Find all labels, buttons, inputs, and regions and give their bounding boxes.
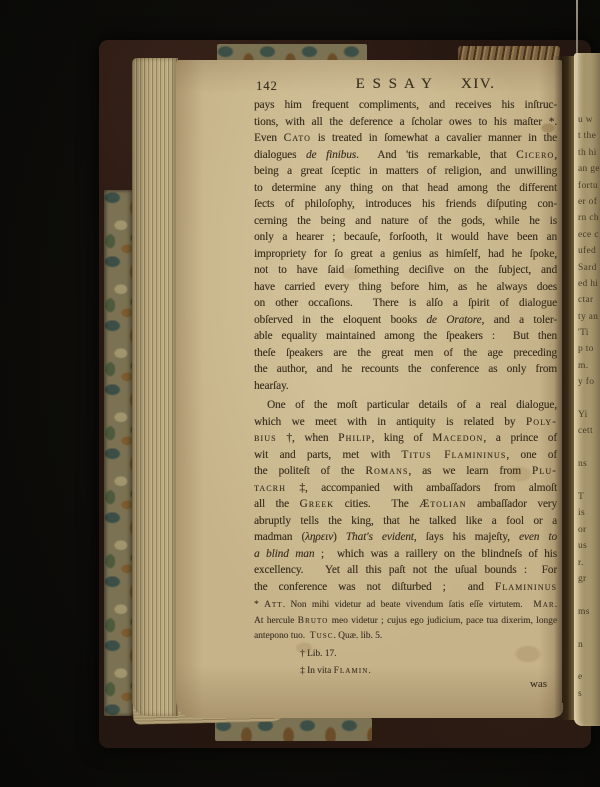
text-line: bius †, when Philip, king of Macedon, a … bbox=[254, 430, 557, 447]
paragraph: pays him frequent compliments, and recei… bbox=[254, 97, 557, 394]
text-fragment: ece c bbox=[574, 227, 600, 243]
text-line: wit and parts, met with Titus Flamininus… bbox=[254, 447, 557, 464]
text-line: Even Cato is treated in ſomewhat a caval… bbox=[254, 130, 557, 147]
text-fragment: e bbox=[574, 669, 600, 685]
text-fragment: ty an bbox=[574, 309, 600, 325]
text-fragment: ufed bbox=[574, 243, 600, 259]
essay-numeral: XIV. bbox=[461, 76, 495, 92]
text-fragment: Yi bbox=[574, 407, 600, 423]
text-line: not to have ſaid ſomething deciſive on t… bbox=[254, 262, 557, 279]
photo-background: 142 E S S A YXIV. pays him frequent comp… bbox=[0, 0, 600, 787]
text-fragment: n bbox=[574, 637, 600, 653]
text-line: dialogues de finibus. And 'tis remarkabl… bbox=[254, 147, 557, 164]
text-fragment: 'Ti bbox=[574, 325, 600, 341]
text-line: only a hearer ; becauſe, forſooth, it wo… bbox=[254, 229, 557, 246]
text-line: all the Greek cities. The Ætolian ambaſſ… bbox=[254, 496, 557, 513]
text-line: impropriety for ſo great a genius as him… bbox=[254, 246, 557, 263]
running-header: 142 E S S A YXIV. bbox=[254, 76, 557, 94]
text-fragment: r. bbox=[574, 555, 600, 571]
text-fragment: m. bbox=[574, 358, 600, 374]
text-fragment: or bbox=[574, 522, 600, 538]
text-fragment: y fo bbox=[574, 374, 600, 390]
text-fragment: ns bbox=[574, 456, 600, 472]
paragraph: One of the moſt particular details of a … bbox=[254, 397, 557, 595]
text-fragment bbox=[574, 473, 600, 489]
text-line: cerning the being and nature of the gods… bbox=[254, 213, 557, 230]
page-gutter-shadow bbox=[554, 56, 576, 720]
text-line: which we meet with in antiquity is relat… bbox=[254, 414, 557, 431]
text-fragment: ed hi bbox=[574, 276, 600, 292]
text-line: tacrh ‡, accompanied with ambaſſadors fr… bbox=[254, 480, 557, 497]
text-fragment bbox=[574, 440, 600, 456]
text-fragment: Sard bbox=[574, 260, 600, 276]
text-fragment: p to bbox=[574, 341, 600, 357]
footnote-dagger: † Lib. 17. bbox=[300, 647, 336, 662]
text-fragment: ctar bbox=[574, 292, 600, 308]
text-fragment bbox=[574, 391, 600, 407]
marbled-board-left-edge bbox=[104, 190, 133, 716]
text-line: a blind man ; which was a raillery on th… bbox=[254, 546, 557, 563]
text-line: pays him frequent compliments, and recei… bbox=[254, 97, 557, 114]
text-line: the author, and he recounts the conferen… bbox=[254, 361, 557, 378]
scanner-glass-edge-line bbox=[576, 0, 578, 214]
text-fragment: is bbox=[574, 505, 600, 521]
page-stack-fore-edge bbox=[132, 58, 178, 716]
text-line: on other occaſions. There is alſo a ſpir… bbox=[254, 295, 557, 312]
footnote-double-dagger: ‡ In vita Flamin. bbox=[300, 664, 371, 679]
text-line: being a great ſceptic in matters of reli… bbox=[254, 163, 557, 180]
text-line: excellency. Yet all this paſt not the uſ… bbox=[254, 562, 557, 579]
text-fragment: T bbox=[574, 489, 600, 505]
text-fragment: s bbox=[574, 686, 600, 702]
text-line: the politeſt of the Romans, as we learn … bbox=[254, 463, 557, 480]
text-line: to determine any thing on that head amon… bbox=[254, 180, 557, 197]
text-line: At hercule Bruto meo videtur ; cujus ego… bbox=[254, 614, 557, 630]
text-fragment bbox=[574, 587, 600, 603]
text-fragment: cett bbox=[574, 423, 600, 439]
text-fragment: gr bbox=[574, 571, 600, 587]
catchword: was bbox=[530, 678, 547, 690]
text-line: able equality maintained among the ſpeak… bbox=[254, 328, 557, 345]
text-line: One of the moſt particular details of a … bbox=[254, 397, 557, 414]
page-number: 142 bbox=[256, 79, 278, 94]
text-line: * Att. Non mihi videtur ad beate vivendu… bbox=[254, 598, 557, 614]
text-line: ſects of philoſophy, introduces his frie… bbox=[254, 196, 557, 213]
essay-title: E S S A Y bbox=[356, 76, 434, 92]
text-line: tions, with all the deference a ſcholar … bbox=[254, 114, 557, 131]
text-line: the conference was not diſturbed ; and F… bbox=[254, 579, 557, 596]
text-line: hearſay. bbox=[254, 378, 557, 395]
text-fragment bbox=[574, 620, 600, 636]
text-fragment: us bbox=[574, 538, 600, 554]
text-fragment: ms bbox=[574, 604, 600, 620]
text-line: obſerved in the eloquent books de Orator… bbox=[254, 312, 557, 329]
text-line: madman (ληρειν) That's evident, ſays his… bbox=[254, 529, 557, 546]
text-line: abruptly tells the king, that he talked … bbox=[254, 513, 557, 530]
page-title: E S S A YXIV. bbox=[294, 76, 557, 93]
text-fragment bbox=[574, 653, 600, 669]
text-line: theſe ſpeakers are the great men of the … bbox=[254, 345, 557, 362]
footnote-block: * Att. Non mihi videtur ad beate vivendu… bbox=[254, 598, 557, 645]
book-page: 142 E S S A YXIV. pays him frequent comp… bbox=[176, 60, 562, 718]
text-line: antepono tuo. Tusc. Quæ. lib. 5. bbox=[254, 629, 557, 645]
text-line: have carried every thing before him, as … bbox=[254, 279, 557, 296]
